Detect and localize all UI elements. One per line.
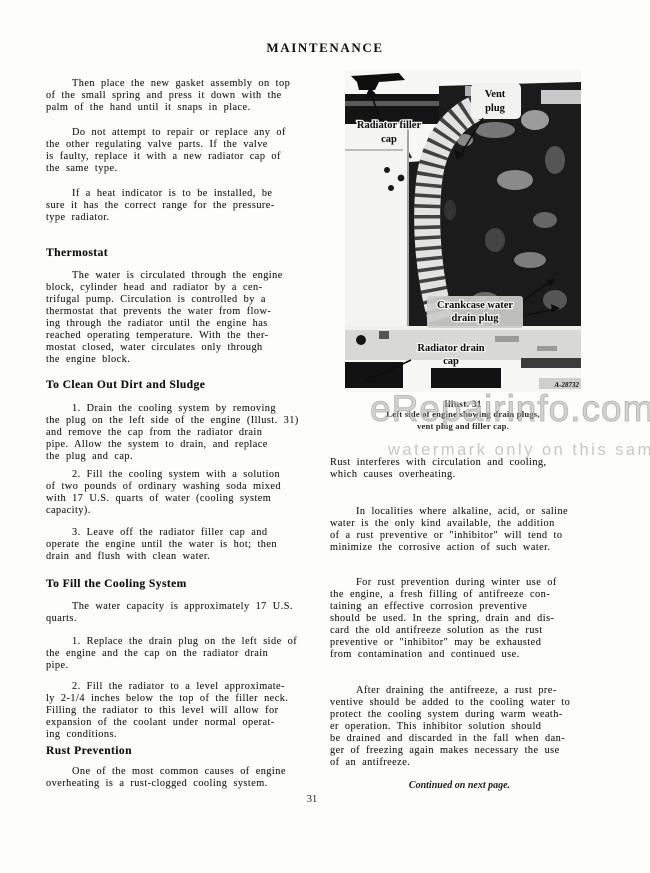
engine-photo-illustration: Radiator filler cap Vent plug Crankcase …	[345, 70, 581, 392]
paragraph-alkaline-water: In localities where alkaline, acid, or s…	[330, 506, 636, 554]
panel-bolt-shape	[384, 167, 390, 173]
watermark-subtext: watermark only on this sample	[388, 441, 650, 460]
shadow-block-shape	[521, 358, 581, 368]
label-crankcase-drain-line1: Crankcase water	[437, 300, 513, 311]
page-number: 31	[282, 794, 342, 805]
label-radiator-filler-cap-line2: cap	[381, 134, 397, 145]
paragraph-capacity: The water capacity is approximately 17 U…	[46, 601, 334, 625]
frame-hole-shape	[356, 335, 366, 345]
engine-highlight-shape	[541, 90, 581, 104]
label-crankcase-drain-line2: drain plug	[452, 313, 500, 324]
engine-detail-shape	[444, 200, 456, 220]
paragraph-thermostat: The water is circulated through the engi…	[46, 270, 334, 366]
list-item-replace-plug: 1. Replace the drain plug on the left si…	[46, 636, 334, 672]
shadow-block-shape	[345, 362, 403, 388]
label-vent-plug-line1: Vent	[485, 89, 506, 100]
engine-detail-shape	[475, 122, 515, 138]
engine-detail-shape	[533, 212, 557, 228]
manual-page: MAINTENANCE Then place the new gasket as…	[0, 0, 650, 873]
paragraph-rust-cause: One of the most common causes of engine …	[46, 766, 334, 790]
frame-detail-shape	[537, 346, 557, 351]
label-radiator-filler-cap-line1: Radiator filler	[357, 120, 422, 131]
section-heading-thermostat: Thermostat	[46, 246, 334, 259]
label-radiator-drain-cap-line2: cap	[443, 356, 459, 367]
paragraph-after-draining: After draining the antifreeze, a rust pr…	[330, 685, 636, 769]
section-heading-fill-system: To Fill the Cooling System	[46, 577, 334, 590]
panel-bolt-shape	[398, 175, 405, 182]
engine-detail-shape	[497, 170, 533, 190]
frame-detail-shape	[495, 336, 519, 342]
engine-detail-shape	[521, 110, 549, 130]
paragraph-winter-antifreeze: For rust prevention during winter use of…	[330, 577, 636, 661]
paragraph-gasket: Then place the new gasket assembly on to…	[46, 78, 334, 114]
label-radiator-drain-cap-line1: Radiator drain	[417, 343, 484, 354]
list-item-drain: 1. Drain the cooling system by removing …	[46, 403, 334, 463]
label-vent-plug-line2: plug	[485, 103, 506, 114]
paragraph-heat-indicator: If a heat indicator is to be installed, …	[46, 188, 334, 224]
paragraph-rust-interferes: Rust interferes with circulation and coo…	[330, 457, 636, 481]
paragraph-valve-repair: Do not attempt to repair or replace any …	[46, 127, 334, 175]
list-item-leave-cap: 3. Leave off the radiator filler cap and…	[46, 527, 334, 563]
continued-note: Continued on next page.	[377, 780, 542, 791]
panel-bolt-shape	[388, 185, 394, 191]
engine-detail-shape	[485, 228, 505, 252]
engine-detail-shape	[545, 146, 565, 174]
frame-detail-shape	[379, 331, 389, 339]
watermark-text: eRepairinfo.com	[370, 388, 650, 430]
section-heading-rust-prevention: Rust Prevention	[46, 744, 334, 757]
hood-highlight-shape	[345, 101, 439, 106]
page-header-title: MAINTENANCE	[0, 40, 650, 56]
list-item-fill-soda: 2. Fill the cooling system with a soluti…	[46, 469, 334, 517]
engine-detail-shape	[514, 252, 546, 268]
shadow-block-shape	[431, 368, 501, 388]
list-item-fill-level: 2. Fill the radiator to a level approxim…	[46, 681, 334, 741]
radiator-panel-shape	[345, 126, 409, 326]
section-heading-clean-out: To Clean Out Dirt and Sludge	[46, 378, 334, 391]
